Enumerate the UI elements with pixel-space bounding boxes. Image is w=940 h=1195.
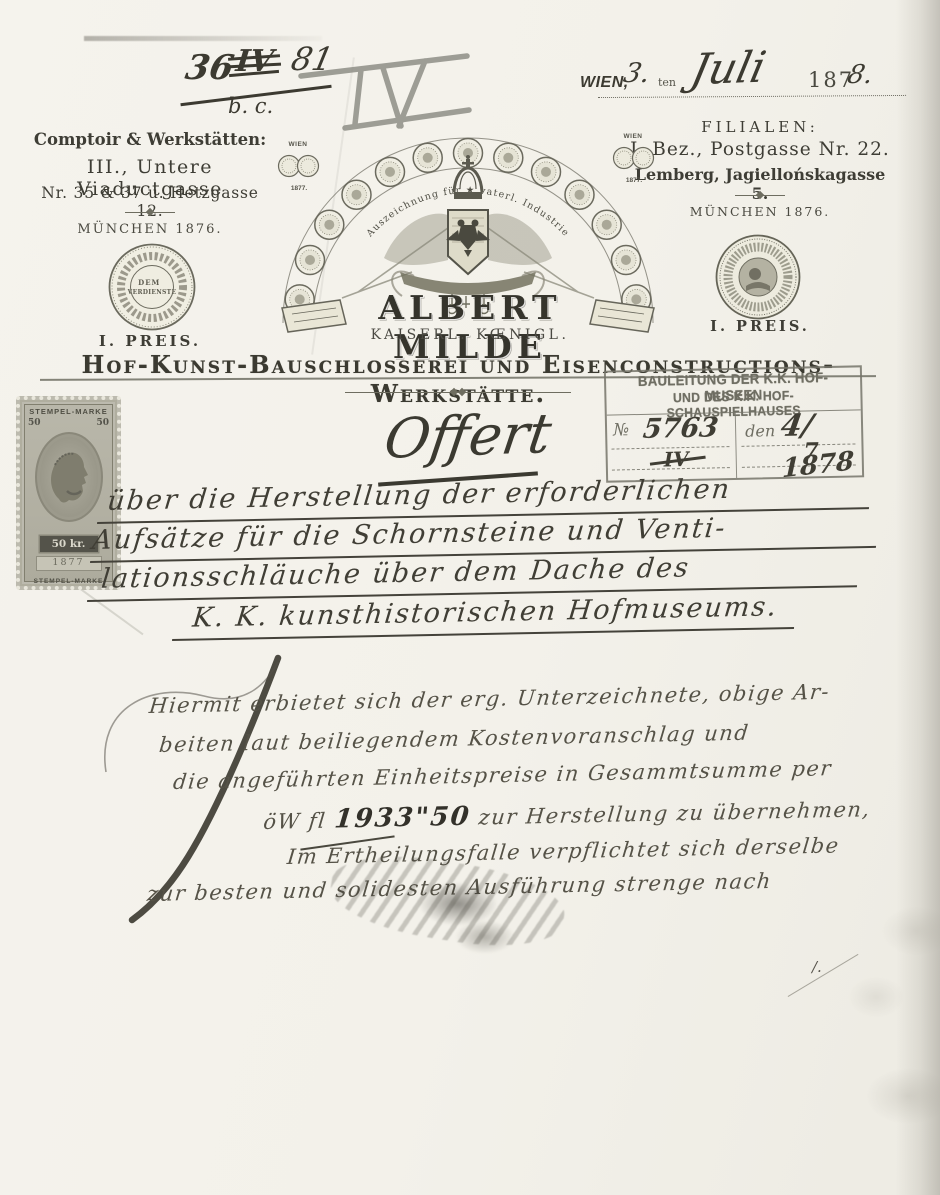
right-line1: I. Bez., Postgasse Nr. 22. [630,139,890,160]
wien-label: WIEN [624,133,643,140]
wien-year: 1877. [291,185,307,192]
right-divider [735,195,785,196]
stamp-number: 5763 [641,412,720,445]
checkmark-note: /. [812,958,822,976]
revenue-value-plaque: 50 kr. [40,536,98,552]
ink-number-left: 36 [182,48,236,88]
right-heading: FILIALEN: [640,118,880,136]
amount-prefix: öW fl [262,808,336,834]
emperor-portrait-oval [35,432,103,522]
left-heading: Comptoir & Werkstätten: [30,130,270,149]
revenue-corner-left: 50 [28,418,41,428]
emperor-profile [37,434,97,516]
firm-subtitle: KAISERL. KŒNIGL. [300,327,640,343]
pencil-roman-numeral: IV [295,44,477,132]
stamp-no-label: № [613,420,630,440]
wien-medal-pair-right: WIEN 1877. [614,133,654,184]
left-medal-text1: DEM [138,278,160,287]
office-stamp-box: BAULEITUNG DER K.K. HOF-MUSEEN UND DES K… [604,365,864,482]
scanned-letter-page: 36 IV 81 b. c. IV WIEN, 3. ten Juli 187 … [0,0,940,1195]
left-prize: I. PREIS. [30,332,270,350]
wien-medal-pair-left: WIEN 1877. [279,141,319,192]
ink-initials: b. c. [228,94,273,118]
offer-title: Offert [353,400,583,472]
ink-smudge-blob-small [455,920,515,954]
date-dotted-line [598,77,906,98]
amount-suffix: zur Herstellung zu übernehmen, [469,797,872,829]
wien-year: 1877. [626,177,642,184]
left-divider [125,212,175,213]
right-exhibition: MÜNCHEN 1876. [640,204,880,219]
revenue-stamp-top-label: STEMPEL-MARKE [20,407,117,416]
wien-label: WIEN [289,141,308,148]
right-prize: I. PREIS. [640,318,880,335]
stamp-den-label: den [745,421,775,441]
banner-center-divider [345,392,571,393]
revenue-corner-right: 50 [96,418,109,428]
left-exhibition: MÜNCHEN 1876. [30,222,270,237]
right-medal [715,234,801,320]
medal-figure-head [749,268,761,280]
left-medal-text2: VERDIENSTE [127,289,177,296]
scan-corner-texture [780,865,940,1195]
body-line-4: öW fl 1933"50 zur Herstellung zu überneh… [262,793,872,836]
left-medal: DEM VERDIENSTE [108,243,196,331]
amount-value: 1933"50 [333,802,472,835]
